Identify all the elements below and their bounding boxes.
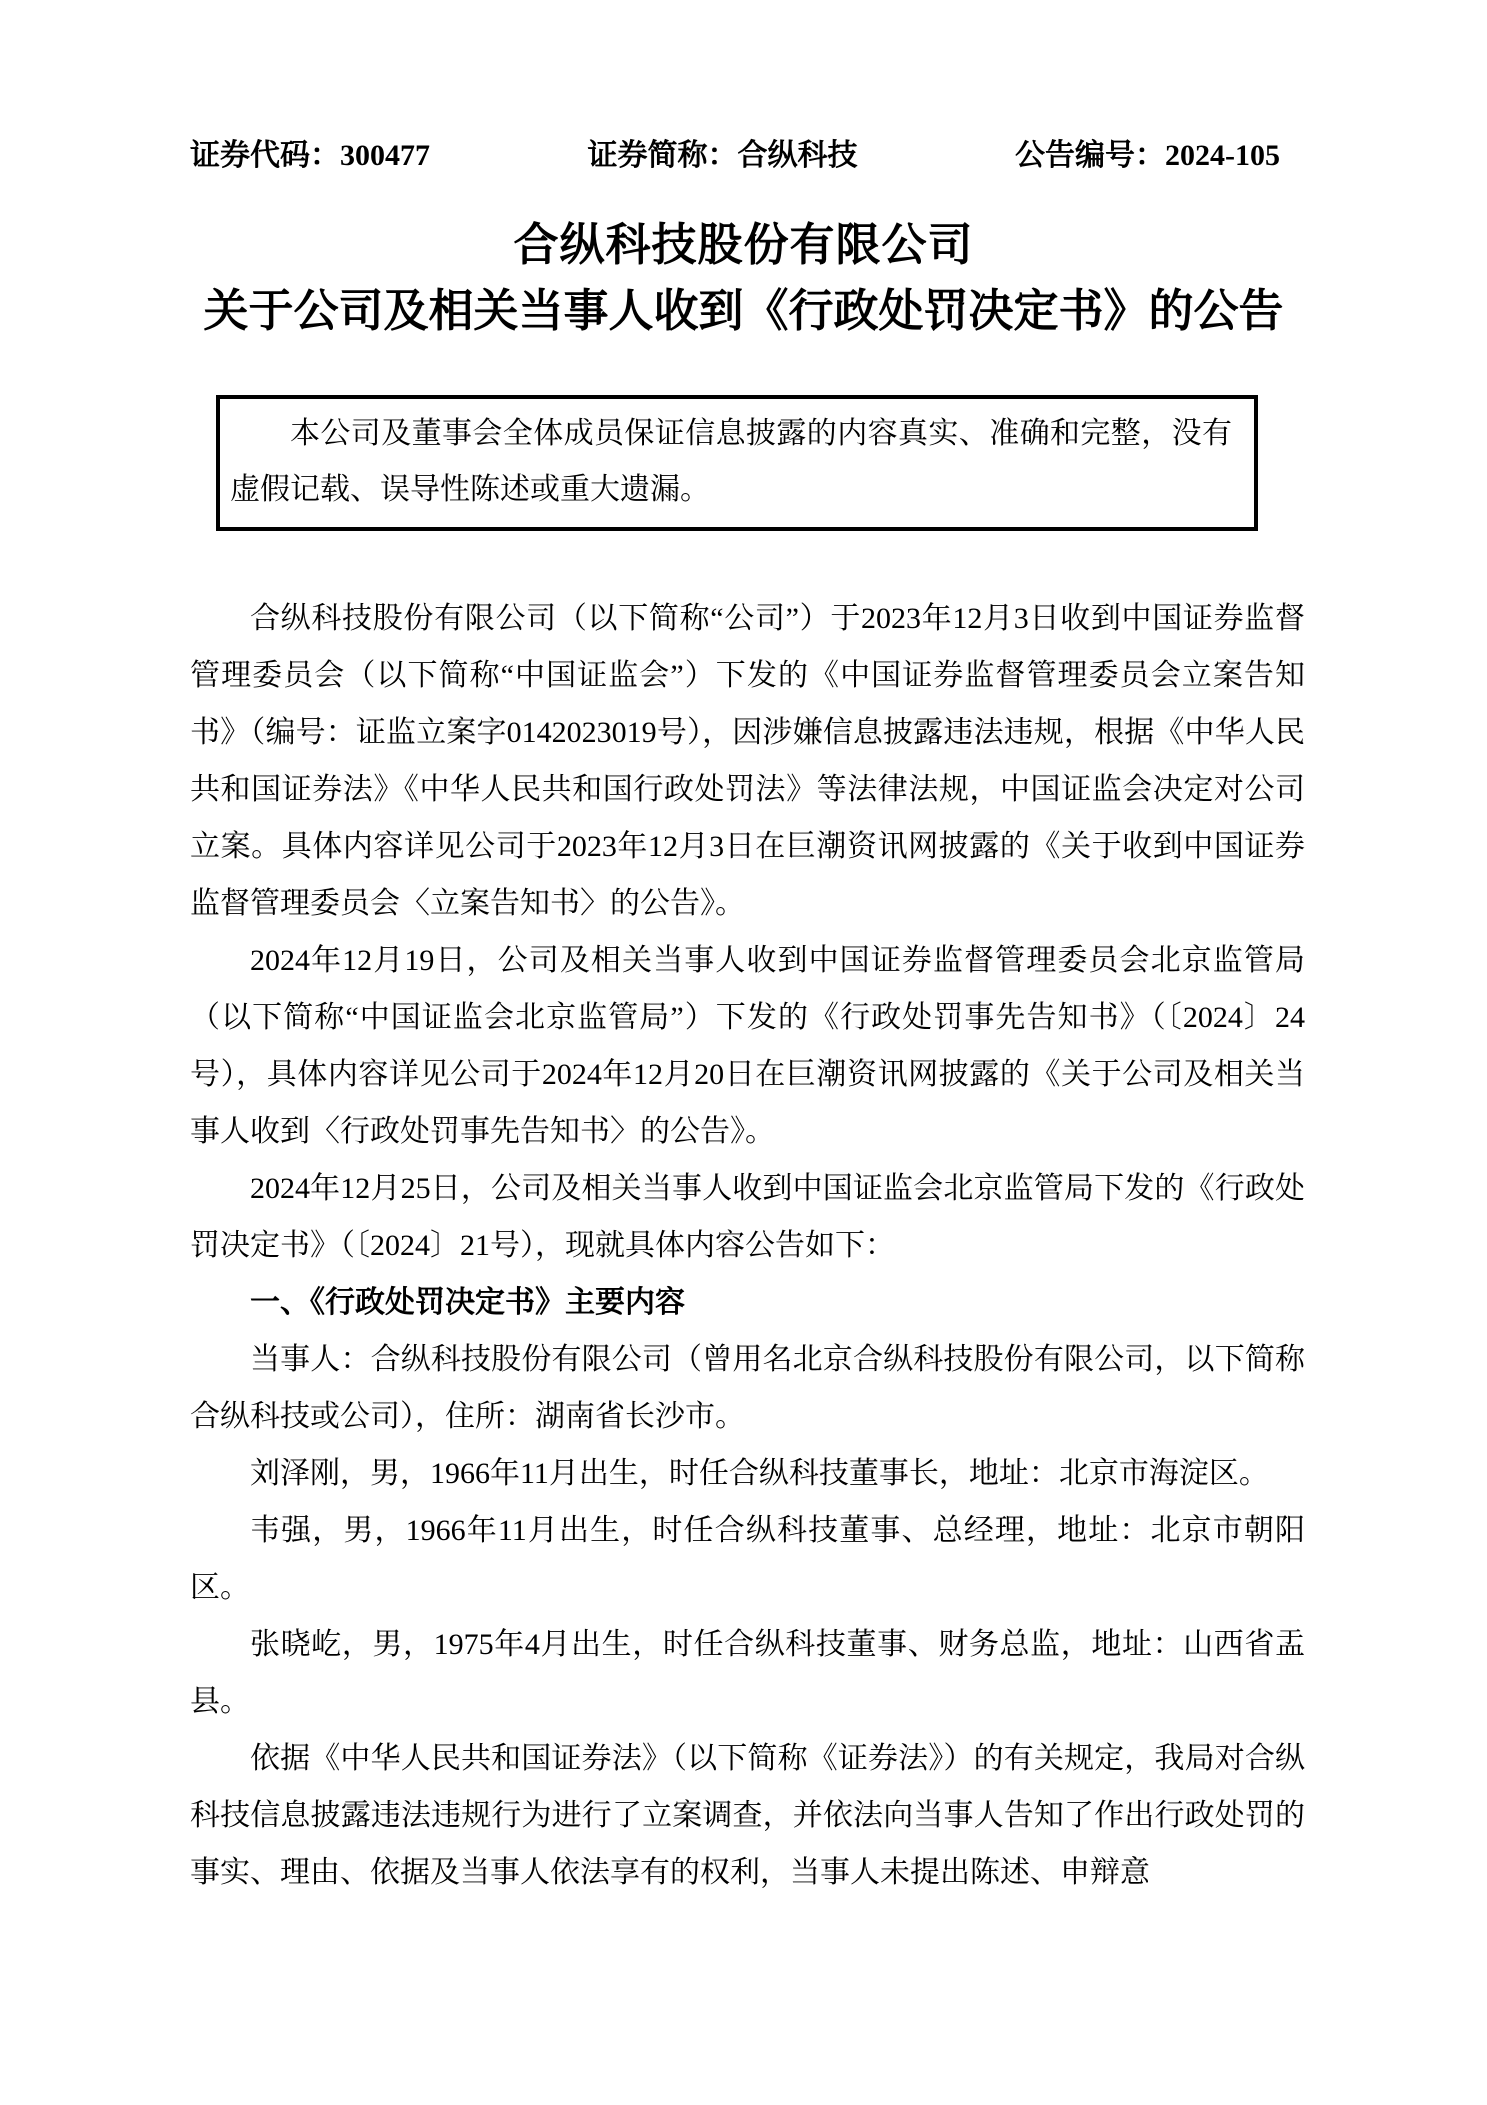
announcement-number: 公告编号：2024-105 <box>1015 130 1280 174</box>
company-name-title: 合纵科技股份有限公司 <box>0 208 1487 273</box>
section-heading-main-content: 一、《行政处罚决定书》主要内容 <box>190 1274 1305 1331</box>
stock-code: 证券代码：300477 <box>190 130 430 174</box>
paragraph-advance-notice: 2024年12月19日，公司及相关当事人收到中国证券监督管理委员会北京监管局（以… <box>190 932 1305 1160</box>
document-header: 证券代码：300477 证券简称：合纵科技 公告编号：2024-105 <box>190 130 1280 174</box>
paragraph-party-company: 当事人：合纵科技股份有限公司（曾用名北京合纵科技股份有限公司，以下简称合纵科技或… <box>190 1331 1305 1445</box>
disclaimer-text: 本公司及董事会全体成员保证信息披露的内容真实、准确和完整，没有虚假记载、误导性陈… <box>230 406 1232 518</box>
paragraph-party-weiqiang: 韦强，男，1966年11月出生，时任合纵科技董事、总经理，地址：北京市朝阳区。 <box>190 1502 1305 1616</box>
paragraph-party-zhangxiaoyi: 张晓屹，男，1975年4月出生，时任合纵科技董事、财务总监，地址：山西省盂县。 <box>190 1616 1305 1730</box>
paragraph-investigation-basis: 依据《中华人民共和国证券法》（以下简称《证券法》）的有关规定，我局对合纵科技信息… <box>190 1730 1305 1901</box>
stock-short-name: 证券简称：合纵科技 <box>588 130 858 174</box>
paragraph-party-liuzegang: 刘泽刚，男，1966年11月出生，时任合纵科技董事长，地址：北京市海淀区。 <box>190 1445 1305 1502</box>
paragraph-case-filing-notice: 合纵科技股份有限公司（以下简称“公司”）于2023年12月3日收到中国证券监督管… <box>190 590 1305 932</box>
document-body: 合纵科技股份有限公司（以下简称“公司”）于2023年12月3日收到中国证券监督管… <box>190 590 1305 1901</box>
disclaimer-box: 本公司及董事会全体成员保证信息披露的内容真实、准确和完整，没有虚假记载、误导性陈… <box>216 395 1258 531</box>
announcement-page: 证券代码：300477 证券简称：合纵科技 公告编号：2024-105 合纵科技… <box>0 0 1487 2105</box>
announcement-title: 关于公司及相关当事人收到《行政处罚决定书》的公告 <box>0 274 1487 339</box>
paragraph-penalty-decision-received: 2024年12月25日，公司及相关当事人收到中国证监会北京监管局下发的《行政处罚… <box>190 1160 1305 1274</box>
